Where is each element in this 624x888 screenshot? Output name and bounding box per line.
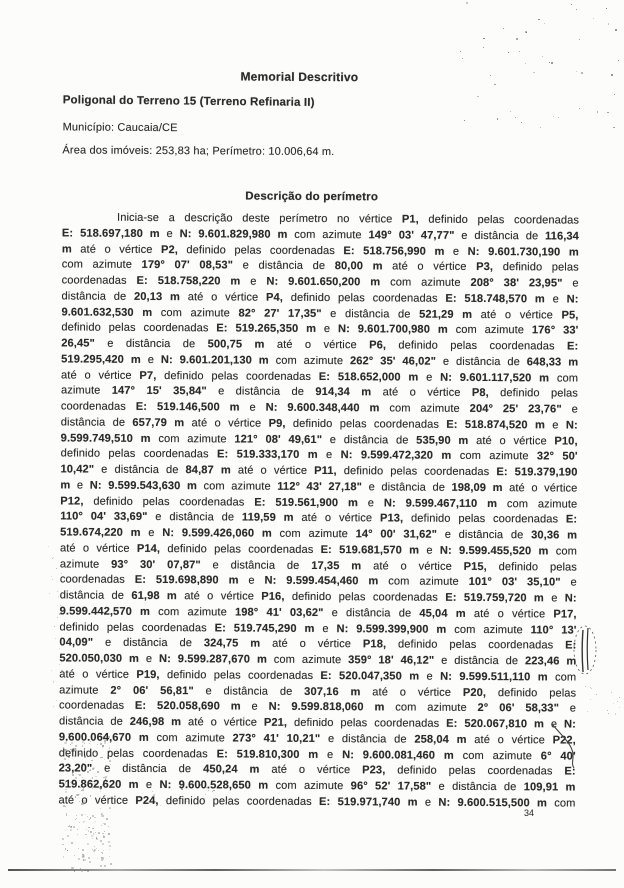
speckle (585, 686, 586, 687)
speckle (542, 56, 543, 57)
speckle (77, 829, 78, 830)
speckle (67, 850, 68, 851)
document-title: Memorial Descritivo (41, 68, 558, 85)
speckle (71, 842, 72, 843)
speckle (77, 834, 78, 835)
speckle (590, 687, 591, 688)
document-content: Memorial Descritivo Poligonal do Terreno… (63, 60, 580, 63)
speckle (100, 840, 102, 842)
speckle (85, 834, 86, 835)
speckle (92, 815, 94, 817)
speckle (79, 822, 80, 823)
speckle (96, 838, 98, 840)
speckle (97, 858, 98, 859)
speckle (101, 857, 103, 859)
speckle (92, 849, 93, 850)
speckle (102, 853, 104, 855)
speckle (83, 821, 84, 822)
speckle (109, 856, 110, 857)
speckle (71, 826, 72, 827)
speckle (100, 865, 102, 867)
speckle (101, 857, 102, 858)
speckle (579, 39, 580, 40)
speckle (613, 127, 614, 128)
speckle (611, 692, 612, 693)
speckle (51, 576, 52, 577)
speckle (83, 822, 84, 823)
speckle (607, 112, 609, 114)
speckle (525, 31, 527, 33)
speckle (92, 828, 94, 830)
speckle (617, 701, 618, 702)
speckle (94, 817, 96, 819)
speckle (576, 9, 577, 10)
speckle (615, 713, 616, 714)
speckle (89, 819, 90, 820)
speckle (103, 836, 105, 838)
speckle (57, 591, 58, 592)
speckle (88, 857, 90, 859)
speckle (108, 841, 110, 843)
speckle (98, 832, 100, 834)
speckle (607, 710, 608, 711)
speckle (104, 865, 106, 867)
speckle (608, 713, 609, 714)
speckle (82, 854, 83, 855)
speckle (477, 96, 479, 98)
speckle (70, 829, 72, 831)
scanned-document-page: Memorial Descritivo Poligonal do Terreno… (0, 0, 624, 888)
speckle (551, 62, 553, 64)
speckle (103, 815, 105, 817)
speckle (65, 848, 67, 850)
area-perimeter-line: Área dos imóveis: 253,83 ha; Perímetro: … (62, 144, 579, 159)
speckle (93, 850, 95, 852)
speckle (98, 850, 99, 851)
speckle (54, 626, 55, 627)
speckle (508, 52, 509, 53)
speckle (88, 827, 90, 829)
speckle (95, 832, 96, 833)
speckle (67, 835, 69, 837)
speckle (92, 838, 93, 839)
speckle (102, 843, 104, 845)
text-line: até o vértice P24, definido pelas coorde… (58, 793, 575, 812)
speckle (109, 845, 111, 847)
speckle (553, 116, 554, 117)
speckle (90, 831, 92, 833)
speckle (57, 617, 58, 618)
speckle (591, 688, 592, 689)
speckle (49, 593, 50, 594)
speckle (62, 838, 64, 840)
speckle (101, 813, 102, 814)
speckle (606, 8, 607, 9)
speckle (62, 844, 64, 846)
speckle (87, 843, 89, 845)
speckle (81, 814, 83, 816)
perimeter-description-text: Inicia-se a descrição deste perímetro no… (58, 210, 579, 812)
speckle (101, 815, 103, 817)
speckle (460, 51, 461, 52)
speckle (53, 706, 54, 707)
speckle (526, 32, 527, 33)
speckle (587, 711, 588, 712)
speckle (103, 835, 105, 837)
speckle (85, 814, 86, 815)
speckle (538, 19, 539, 20)
speckle (75, 819, 76, 820)
speckle (56, 568, 57, 569)
speckle (82, 849, 84, 851)
speckle (466, 2, 468, 4)
page-number: 34 (524, 808, 534, 818)
speckle (51, 670, 52, 671)
speckle (66, 815, 67, 816)
speckle (104, 831, 105, 832)
speckle (101, 860, 103, 862)
speckle (571, 4, 572, 5)
speckle (66, 813, 67, 814)
speckle (615, 29, 617, 31)
speckle (94, 849, 96, 851)
speckle (483, 47, 485, 49)
speckle (53, 681, 54, 682)
speckle (95, 821, 96, 822)
municipality-line: Município: Caucaia/CE (63, 121, 580, 136)
speckle (101, 814, 102, 815)
speckle (53, 557, 54, 558)
speckle (108, 826, 109, 827)
speckle (90, 817, 92, 819)
speckle (96, 837, 97, 838)
speckle (48, 546, 49, 547)
speckle (55, 638, 56, 639)
speckle (96, 848, 97, 849)
speckle (558, 117, 559, 118)
speckle (549, 62, 550, 63)
scan-speckle-noise (583, 685, 619, 715)
speckle (63, 856, 64, 857)
speckle (525, 63, 526, 64)
scanner-line-artifact (8, 869, 616, 871)
speckle (66, 814, 67, 815)
speckle (68, 826, 69, 827)
speckle (52, 558, 53, 559)
speckle (519, 51, 520, 52)
speckle (74, 855, 75, 856)
speckle (110, 863, 112, 865)
speckle (619, 707, 620, 708)
speckle (581, 72, 583, 74)
speckle (108, 833, 109, 834)
speckle (611, 74, 612, 75)
speckle (82, 855, 84, 857)
speckle (76, 815, 78, 817)
speckle (109, 849, 110, 850)
speckle (608, 23, 609, 24)
speckle (102, 833, 104, 835)
section-heading: Descrição do perímetro (53, 189, 570, 204)
speckle (91, 835, 93, 837)
speckle (88, 830, 89, 831)
speckle (89, 861, 91, 863)
speckle (515, 117, 516, 118)
speckle (618, 60, 620, 62)
speckle (497, 118, 499, 120)
speckle (619, 697, 620, 698)
speckle (104, 823, 106, 825)
speckle (83, 859, 84, 860)
speckle (76, 818, 78, 820)
speckle (87, 816, 88, 817)
speckle (590, 699, 591, 700)
speckle (84, 859, 86, 861)
document-subtitle: Poligonal do Terreno 15 (Terreno Refinar… (63, 94, 580, 111)
speckle (78, 848, 79, 849)
speckle (593, 18, 594, 19)
speckle (464, 120, 465, 121)
speckle (596, 694, 597, 695)
speckle (576, 71, 577, 72)
speckle (93, 833, 94, 834)
speckle (103, 823, 104, 824)
speckle (597, 111, 599, 113)
speckle (613, 703, 614, 704)
speckle (52, 579, 53, 580)
scan-speckle-noise (455, 2, 620, 132)
speckle (103, 850, 104, 851)
speckle (69, 825, 71, 827)
speckle (521, 122, 522, 123)
speckle (101, 852, 102, 853)
speckle (88, 831, 90, 833)
speckle (614, 94, 615, 95)
speckle (83, 855, 85, 857)
speckle (56, 700, 57, 701)
speckle (78, 858, 80, 860)
speckle (73, 826, 75, 828)
speckle (67, 850, 68, 851)
speckle (483, 38, 484, 39)
speckle (462, 58, 463, 59)
speckle (70, 826, 72, 828)
speckle (86, 829, 87, 830)
speckle (544, 23, 545, 24)
speckle (503, 28, 504, 29)
speckle (94, 846, 95, 847)
speckle (101, 825, 102, 826)
speckle (106, 818, 108, 820)
speckle (516, 38, 518, 40)
